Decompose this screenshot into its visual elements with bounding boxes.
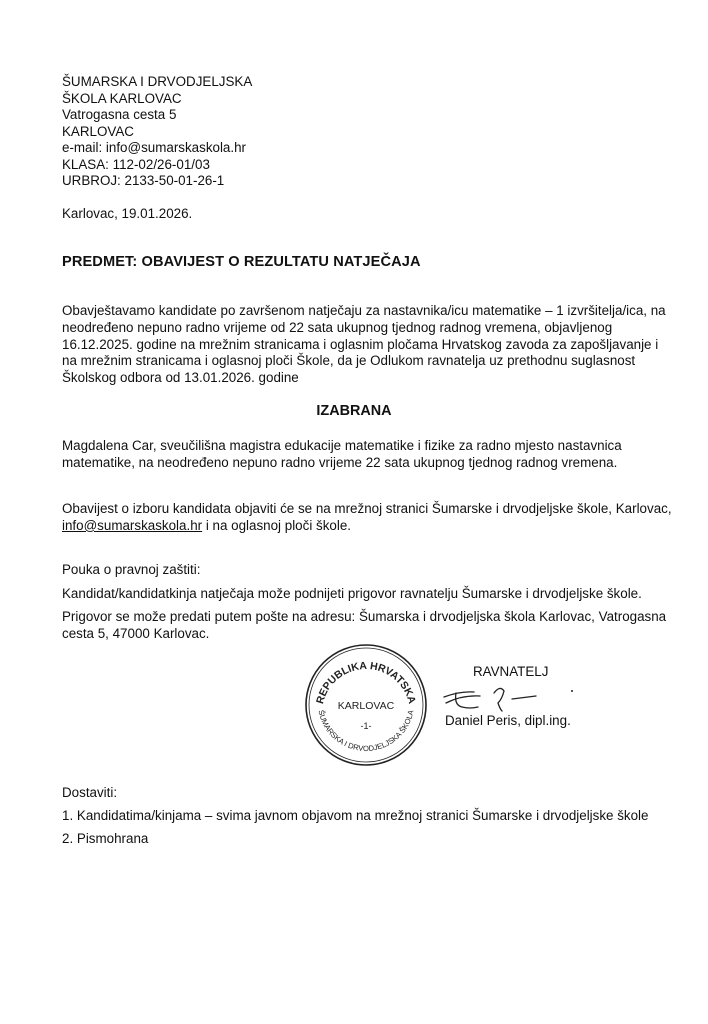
legal-line-1: Kandidat/kandidatkinja natječaja može po…: [62, 586, 682, 603]
selected-paragraph: Magdalena Car, sveučilišna magistra eduk…: [62, 438, 682, 472]
address-street: Vatrogasna cesta 5: [62, 107, 176, 124]
email-link[interactable]: info@sumarskaskola.hr: [62, 518, 202, 533]
klasa-line: KLASA: 112-02/26-01/03: [62, 157, 210, 174]
selected-line: matematike, na neodređeno nepuno radno v…: [62, 455, 682, 472]
subject-heading: PREDMET: OBAVIJEST O REZULTATU NATJEČAJA: [62, 254, 421, 270]
notice-paragraph: Obavijest o izboru kandidata objaviti će…: [62, 501, 682, 535]
legal-title: Pouka o pravnoj zaštiti:: [62, 562, 682, 579]
school-name-line-2: ŠKOLA KARLOVAC: [62, 91, 182, 108]
delivery-item: 1. Kandidatima/kinjama – svima javnom ob…: [62, 808, 682, 825]
notice-line-2-rest: i na oglasnoj ploči škole.: [202, 518, 351, 533]
delivery-title: Dostaviti:: [62, 785, 682, 802]
school-name-line-1: ŠUMARSKA I DRVODJELJSKA: [62, 74, 252, 91]
email-line: e-mail: info@sumarskaskola.hr: [62, 140, 246, 157]
intro-line: 16.12.2025. godine na mrežnim stranicama…: [62, 337, 682, 354]
legal-address-line: Prigovor se može predati putem pošte na …: [62, 609, 682, 626]
intro-line: na mrežnim stranicama i oglasnoj ploči Š…: [62, 353, 682, 370]
intro-line: Školskog odbora od 13.01.2026. godine: [62, 370, 682, 387]
stamp-top-text: REPUBLIKA HRVATSKA: [314, 660, 418, 706]
address-city: KARLOVAC: [62, 124, 134, 141]
stamp-center-text: KARLOVAC: [338, 700, 395, 712]
selected-heading: IZABRANA: [0, 403, 708, 419]
handwritten-signature-icon: [440, 683, 590, 713]
legal-address-line: cesta 5, 47000 Karlovac.: [62, 626, 682, 643]
delivery-item: 2. Pismohrana: [62, 831, 682, 848]
selected-line: Magdalena Car, sveučilišna magistra eduk…: [62, 438, 682, 455]
signature-title: RAVNATELJ: [473, 664, 548, 679]
notice-line: Obavijest o izboru kandidata objaviti će…: [62, 501, 682, 518]
stamp-number: -1-: [361, 721, 372, 731]
document-date: Karlovac, 19.01.2026.: [62, 206, 192, 223]
notice-line-2: info@sumarskaskola.hr i na oglasnoj ploč…: [62, 518, 682, 535]
legal-line-2: Prigovor se može predati putem pošte na …: [62, 609, 682, 643]
signatory-name: Daniel Peris, dipl.ing.: [445, 713, 571, 728]
intro-line: neodređeno nepuno radno vrijeme od 22 sa…: [62, 320, 682, 337]
urbroj-line: URBROJ: 2133-50-01-26-1: [62, 173, 224, 190]
intro-paragraph: Obavještavamo kandidate po završenom nat…: [62, 303, 682, 387]
official-stamp: REPUBLIKA HRVATSKA KARLOVAC -1- ŠUMARSKA…: [304, 643, 428, 767]
intro-line: Obavještavamo kandidate po završenom nat…: [62, 303, 682, 320]
